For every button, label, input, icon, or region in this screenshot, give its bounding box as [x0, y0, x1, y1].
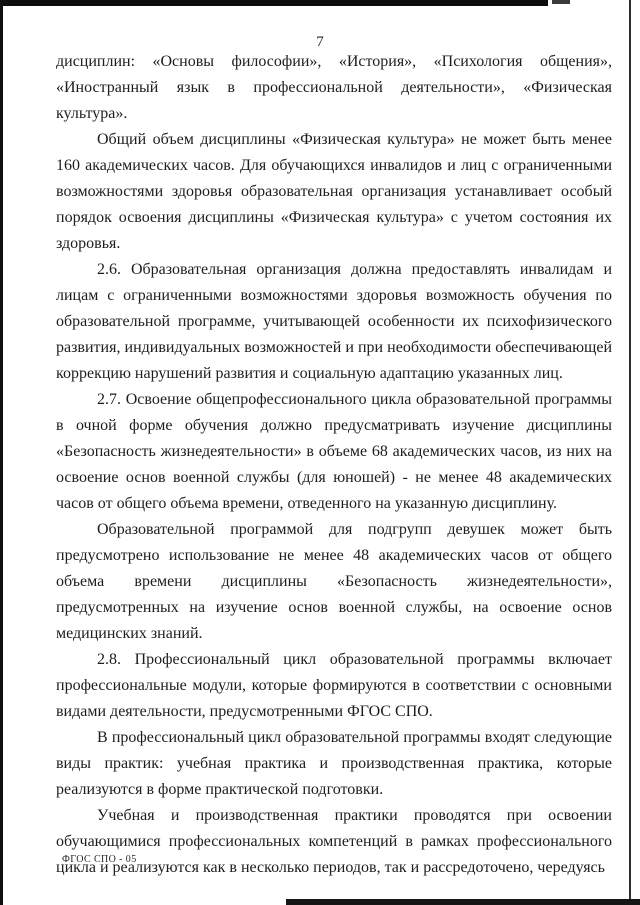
paragraph-practice-types: В профессиональный цикл образовательной … — [56, 725, 612, 803]
paragraph-physical-culture-volume: Общий объем дисциплины «Физическая культ… — [56, 127, 612, 257]
scan-border-top — [0, 0, 548, 6]
paragraph-2-8-professional-cycle: 2.8. Профессиональный цикл образовательн… — [56, 647, 612, 725]
document-page: 7 дисциплин: «Основы философии», «Истори… — [0, 0, 640, 905]
paragraph-girls-subgroups: Образовательной программой для подгрупп … — [56, 517, 612, 647]
scan-border-bottom — [286, 899, 640, 905]
scan-border-top-fragment — [552, 0, 570, 4]
paragraph-2-7-life-safety: 2.7. Освоение общепрофессионального цикл… — [56, 387, 612, 517]
document-body: дисциплин: «Основы философии», «История»… — [56, 49, 612, 881]
paragraph-2-6-disabled-students: 2.6. Образовательная организация должна … — [56, 257, 612, 387]
paragraph-disciplines-continuation: дисциплин: «Основы философии», «История»… — [56, 49, 612, 127]
footer-document-code: ФГОС СПО - 05 — [62, 854, 137, 865]
scan-border-right — [629, 0, 631, 905]
paragraph-practice-periods: Учебная и производственная практики пров… — [56, 803, 612, 881]
scan-border-left — [0, 0, 3, 905]
